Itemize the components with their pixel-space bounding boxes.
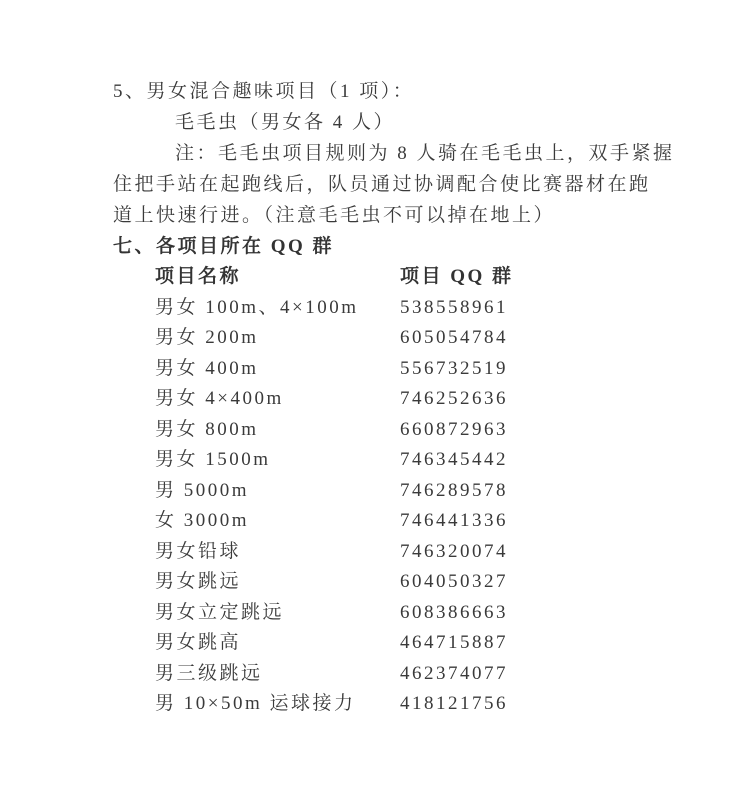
column-header-qq-group: 项目 QQ 群 <box>400 262 600 293</box>
event-name-cell: 男女 4×400m <box>155 384 400 415</box>
qq-number-cell: 462374077 <box>400 659 600 690</box>
qq-number-cell: 608386663 <box>400 598 600 629</box>
event-name-cell: 男女铅球 <box>155 537 400 568</box>
table-row: 男 5000m 746289578 <box>155 476 600 507</box>
section5-note-line-3: 道上快速行进。（注意毛毛虫不可以掉在地上） <box>113 200 673 231</box>
section5-heading: 5、男女混合趣味项目（1 项）： <box>113 76 673 107</box>
section5-event-item: 毛毛虫（男女各 4 人） <box>113 107 673 138</box>
event-name-cell: 男 5000m <box>155 476 400 507</box>
qq-number-cell: 464715887 <box>400 628 600 659</box>
table-row: 男女 4×400m 746252636 <box>155 384 600 415</box>
table-row: 男女 400m 556732519 <box>155 354 600 385</box>
qq-number-cell: 418121756 <box>400 689 600 720</box>
qq-number-cell: 660872963 <box>400 415 600 446</box>
event-name-cell: 男 10×50m 运球接力 <box>155 689 400 720</box>
table-row: 男 10×50m 运球接力 418121756 <box>155 689 600 720</box>
table-row: 男女立定跳远 608386663 <box>155 598 600 629</box>
event-name-cell: 男女跳高 <box>155 628 400 659</box>
table-row: 男女 200m 605054784 <box>155 323 600 354</box>
event-name-cell: 女 3000m <box>155 506 400 537</box>
table-row: 男女铅球 746320074 <box>155 537 600 568</box>
section5-note-line-1: 注：毛毛虫项目规则为 8 人骑在毛毛虫上，双手紧握 <box>113 138 673 169</box>
qq-number-cell: 746441336 <box>400 506 600 537</box>
table-header-row: 项目名称 项目 QQ 群 <box>155 262 600 293</box>
event-name-cell: 男女跳远 <box>155 567 400 598</box>
event-name-cell: 男女 800m <box>155 415 400 446</box>
event-name-cell: 男女 400m <box>155 354 400 385</box>
column-header-event-name: 项目名称 <box>155 262 400 293</box>
qq-group-table: 项目名称 项目 QQ 群 男女 100m、4×100m 538558961 男女… <box>155 262 600 720</box>
qq-number-cell: 746252636 <box>400 384 600 415</box>
table-row: 男女跳远 604050327 <box>155 567 600 598</box>
event-name-cell: 男女 1500m <box>155 445 400 476</box>
document-content: 5、男女混合趣味项目（1 项）： 毛毛虫（男女各 4 人） 注：毛毛虫项目规则为… <box>113 76 673 720</box>
table-row: 男女 1500m 746345442 <box>155 445 600 476</box>
qq-number-cell: 556732519 <box>400 354 600 385</box>
table-row: 男三级跳远 462374077 <box>155 659 600 690</box>
table-row: 男女跳高 464715887 <box>155 628 600 659</box>
qq-number-cell: 746345442 <box>400 445 600 476</box>
event-name-cell: 男女 100m、4×100m <box>155 293 400 324</box>
section7-heading: 七、各项目所在 QQ 群 <box>113 231 673 262</box>
event-name-cell: 男女 200m <box>155 323 400 354</box>
table-row: 男女 800m 660872963 <box>155 415 600 446</box>
table-row: 女 3000m 746441336 <box>155 506 600 537</box>
document-page: 5、男女混合趣味项目（1 项）： 毛毛虫（男女各 4 人） 注：毛毛虫项目规则为… <box>0 0 749 791</box>
qq-number-cell: 538558961 <box>400 293 600 324</box>
qq-number-cell: 746320074 <box>400 537 600 568</box>
section5-note-line-2: 住把手站在起跑线后，队员通过协调配合使比赛器材在跑 <box>113 169 673 200</box>
qq-number-cell: 605054784 <box>400 323 600 354</box>
event-name-cell: 男女立定跳远 <box>155 598 400 629</box>
table-row: 男女 100m、4×100m 538558961 <box>155 293 600 324</box>
qq-number-cell: 604050327 <box>400 567 600 598</box>
event-name-cell: 男三级跳远 <box>155 659 400 690</box>
qq-number-cell: 746289578 <box>400 476 600 507</box>
